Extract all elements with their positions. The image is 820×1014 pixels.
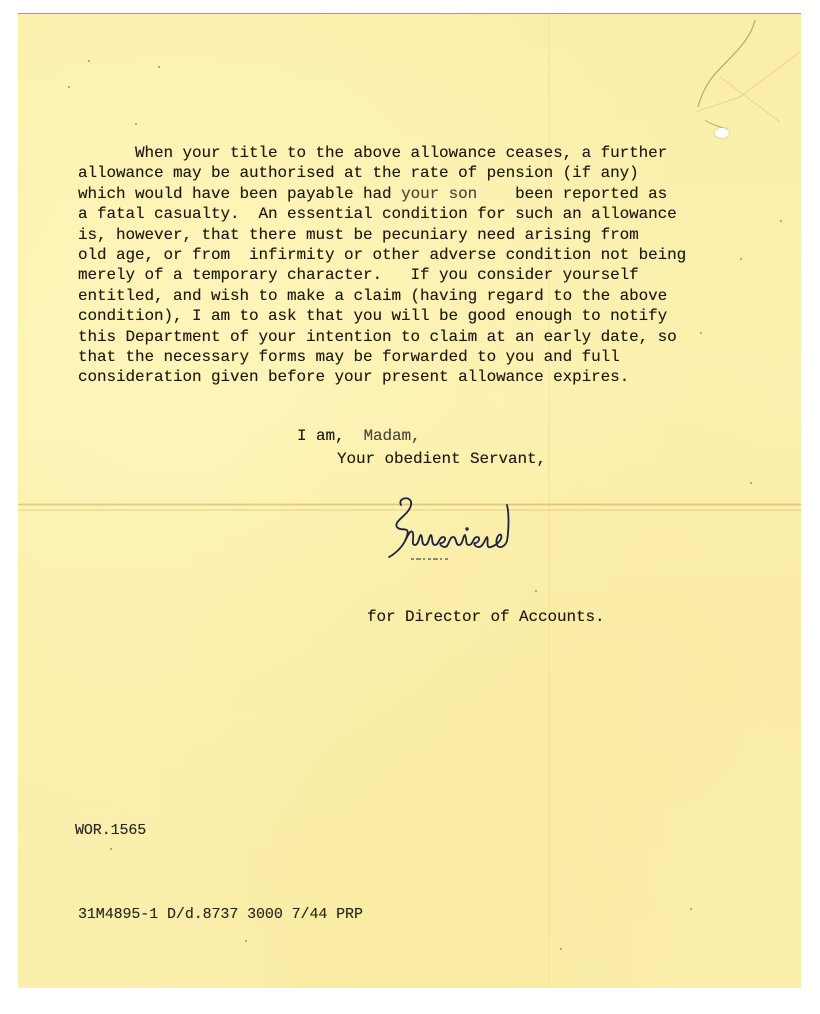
- typed-text: condition), I am to ask that you will be…: [78, 307, 667, 325]
- typed-text: that the necessary forms may be forwarde…: [78, 348, 620, 366]
- typed-text: old age, or from infirmity or other adve…: [78, 246, 686, 264]
- letter-body-paragraph: When your title to the above allowance c…: [78, 143, 686, 388]
- paper-hole: [715, 128, 729, 138]
- paper-speck: [135, 123, 137, 125]
- print-code: 31M4895-1 D/d.8737 3000 7/44 PRP: [78, 906, 363, 923]
- closing-line-1: I am, Madam,: [297, 427, 421, 445]
- body-line: which would have been payable had your s…: [78, 184, 686, 204]
- body-line: is, however, that there must be pecuniar…: [78, 225, 686, 245]
- typed-text: merely of a temporary character. If you …: [78, 266, 639, 284]
- body-line: When your title to the above allowance c…: [78, 143, 686, 163]
- paper-speck: [750, 482, 752, 484]
- filled-in-text: your son: [401, 185, 477, 203]
- paper-speck: [560, 948, 562, 950]
- typed-text: this Department of your intention to cla…: [78, 328, 677, 346]
- typed-text: entitled, and wish to make a claim (havi…: [78, 287, 667, 305]
- body-line: merely of a temporary character. If you …: [78, 265, 686, 285]
- paper-speck: [780, 220, 782, 222]
- body-line: allowance may be authorised at the rate …: [78, 163, 686, 183]
- typed-text: which would have been payable had: [78, 185, 401, 203]
- paper-speck: [535, 590, 537, 592]
- salutation-name: Madam,: [364, 427, 421, 445]
- body-line: that the necessary forms may be forwarde…: [78, 347, 686, 367]
- paper-speck: [700, 332, 702, 334]
- typed-text: is, however, that there must be pecuniar…: [78, 226, 639, 244]
- closing-line-2: Your obedient Servant,: [337, 450, 546, 468]
- body-line: old age, or from infirmity or other adve…: [78, 245, 686, 265]
- paper-speck: [88, 60, 90, 62]
- typed-text: been reported as: [477, 185, 667, 203]
- body-line: consideration given before your present …: [78, 367, 686, 387]
- reference-code: WOR.1565: [75, 822, 146, 839]
- signatory-title: for Director of Accounts.: [367, 608, 605, 626]
- body-line: condition), I am to ask that you will be…: [78, 306, 686, 326]
- typed-text: a fatal casualty. An essential condition…: [78, 205, 677, 223]
- paper-speck: [68, 86, 70, 88]
- paper-speck: [740, 258, 742, 260]
- typed-text: When your title to the above allowance c…: [78, 144, 667, 162]
- body-line: entitled, and wish to make a claim (havi…: [78, 286, 686, 306]
- corner-crease-icon: [690, 12, 810, 142]
- paper-speck: [110, 848, 112, 850]
- typed-text: consideration given before your present …: [78, 368, 629, 386]
- typed-text: allowance may be authorised at the rate …: [78, 164, 639, 182]
- body-line: this Department of your intention to cla…: [78, 327, 686, 347]
- paper-speck: [690, 908, 692, 910]
- closing-prefix: I am,: [297, 427, 364, 445]
- body-line: a fatal casualty. An essential condition…: [78, 204, 686, 224]
- signature-icon: [383, 493, 523, 565]
- paper-speck: [245, 940, 247, 942]
- paper-speck: [158, 66, 160, 68]
